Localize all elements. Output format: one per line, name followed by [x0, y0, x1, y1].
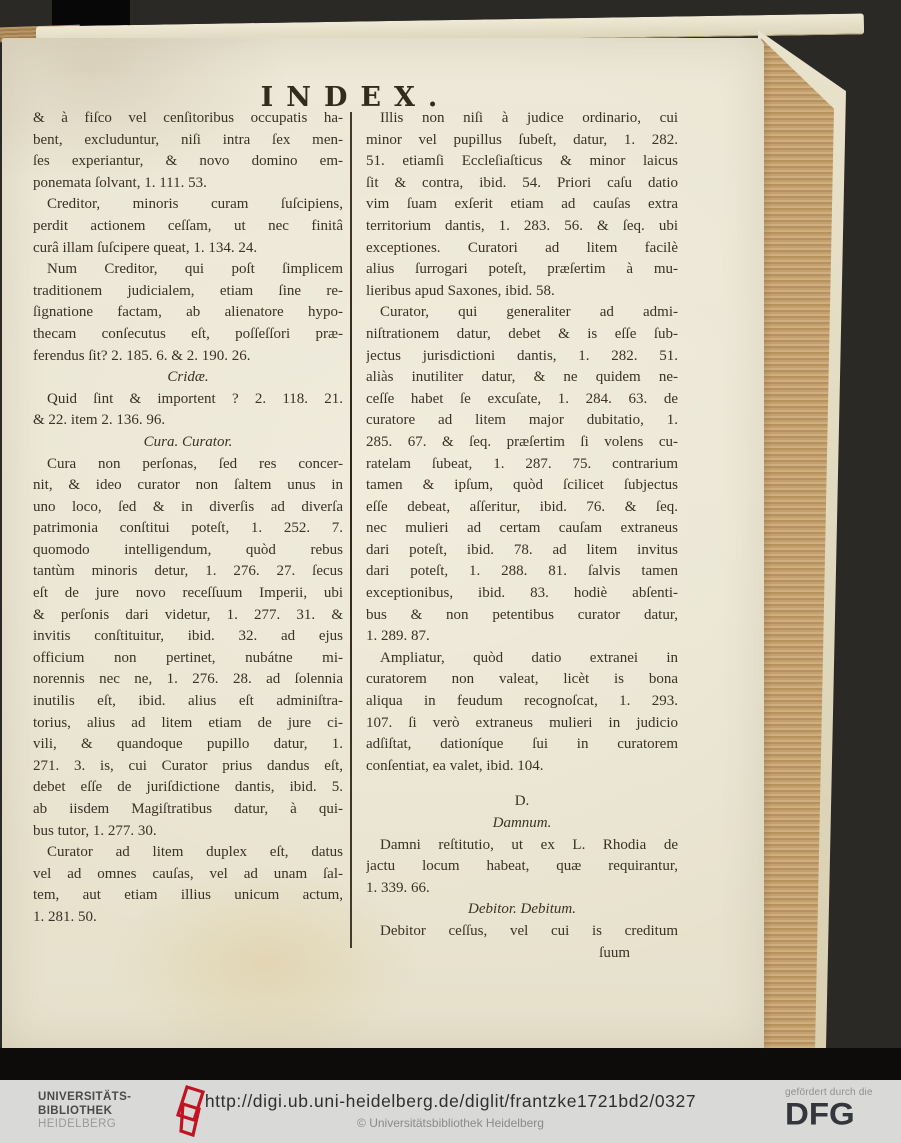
text-line: quomodo intelligendum, quòd rebus [33, 540, 343, 562]
text-line: traditionem judicialem, etiam ſine re- [33, 281, 343, 303]
text-line: territorium dantis, 1. 283. 56. & ſeq. u… [366, 216, 678, 238]
text-line: alius ſurrogari poteſt, præſertim à mu- [366, 259, 678, 281]
text-line: vel ad omnes cauſas, vel ad unam ſal- [33, 864, 343, 886]
text-line: curâ illam ſuſcipere queat, 1. 134. 24. [33, 238, 343, 260]
text-line: 271. 3. is, cui Curator prius dandus eſt… [33, 756, 343, 778]
text-line: uno loco, ſed & in diverſis ad diverſa [33, 497, 343, 519]
text-line: Cura non perſonas, ſed res concer- [33, 454, 343, 476]
text-line: curatore ad litem major dubitatio, 1. [366, 410, 678, 432]
text-line: Illis non niſi à judice ordinario, cui [366, 108, 678, 130]
text-line: Quid ſint & importent ? 2. 118. 21. [33, 389, 343, 411]
text-line: Num Creditor, qui poſt ſimplicem [33, 259, 343, 281]
text-line: perdit actionem ceſſam, ut nec finitâ [33, 216, 343, 238]
copyright-note: © Universitätsbibliothek Heidelberg [205, 1116, 696, 1130]
text-line: tem, aut etiam illius unicum actum, [33, 885, 343, 907]
text-line: ceſſe habet ſe excuſate, 1. 284. 63. de [366, 389, 678, 411]
text-line: tantùm minoris detur, 1. 276. 27. ſecus [33, 561, 343, 583]
library-name: UNIVERSITÄTS- BIBLIOTHEK HEIDELBERG [38, 1091, 131, 1132]
text-line: vim ſuam exſerit etiam ad cauſas extra [366, 194, 678, 216]
index-heading: D. [366, 791, 678, 813]
text-line: 1. 281. 50. [33, 907, 343, 929]
text-line: bus & non petentibus curator datur, [366, 605, 678, 627]
library-name-line2: BIBLIOTHEK [38, 1105, 131, 1119]
text-line: dari poteſt, 1. 288. 81. ſalvis tamen [366, 561, 678, 583]
column-divider [350, 112, 352, 948]
text-line: ſignatione factam, ab alienatore hypo- [33, 302, 343, 324]
text-line: minor vel pupillus ſubeſt, datur, 1. 282… [366, 130, 678, 152]
text-line: tamen & ipſum, quòd ſcilicet ſubjectus [366, 475, 678, 497]
text-line: vili, & quandoque pupillo datur, 1. [33, 734, 343, 756]
text-line: Creditor, minoris curam ſuſcipiens, [33, 194, 343, 216]
text-line: ferendus ſit? 2. 185. 6. & 2. 190. 26. [33, 346, 343, 368]
text-line: adſiſtat, dationíque ſui in curatorem [366, 734, 678, 756]
book-page: INDEX. & à fiſco vel cenſitoribus occupa… [2, 38, 764, 1048]
text-line: jactu locum habeat, quæ requirantur, [366, 856, 678, 878]
library-name-line1: UNIVERSITÄTS- [38, 1091, 131, 1105]
text-line: Damni reſtitutio, ut ex L. Rhodia de [366, 835, 678, 857]
text-line: aliqua in feudum recognoſcat, 1. 293. [366, 691, 678, 713]
text-line: bus tutor, 1. 277. 30. [33, 821, 343, 843]
index-heading: Debitor. Debitum. [366, 899, 678, 921]
text-line: Curator, qui generaliter ad admi- [366, 302, 678, 324]
dfg-branding: gefördert durch die DFG [785, 1087, 885, 1131]
text-line: eſt de jure novo receſſuum Imperii, ubi [33, 583, 343, 605]
viewer-footer: UNIVERSITÄTS- BIBLIOTHEK HEIDELBERG http… [0, 1080, 901, 1143]
text-line: jectus jurisdictioni dantis, 1. 282. 51. [366, 346, 678, 368]
text-line: 285. 67. & ſeq. præſertim ſi volens cu- [366, 432, 678, 454]
text-line: torius, alius ad litem etiam de jure ci- [33, 713, 343, 735]
source-info: http://digi.ub.uni-heidelberg.de/diglit/… [205, 1091, 696, 1130]
text-line: inutilis eſt, ibid. alius eſt adminiſtra… [33, 691, 343, 713]
text-line: lieribus apud Saxones, ibid. 58. [366, 281, 678, 303]
text-line: 1. 289. 87. [366, 626, 678, 648]
text-line: nit, & ideo curator non ſaltem unus in [33, 475, 343, 497]
library-name-line3: HEIDELBERG [38, 1118, 131, 1132]
text-line: ſuum [366, 943, 678, 965]
text-line: Ampliatur, quòd datio extranei in [366, 648, 678, 670]
text-line: ſes experiantur, & novo domino em- [33, 151, 343, 173]
scan-viewer: INDEX. & à fiſco vel cenſitoribus occupa… [0, 0, 901, 1143]
index-column-left: & à fiſco vel cenſitoribus occupatis ha-… [33, 108, 343, 929]
text-line: curatorem non valeat, licèt is bona [366, 669, 678, 691]
text-line: ſit & contra, ibid. 54. Priori caſu dati… [366, 173, 678, 195]
text-line: exceptionibus, ibid. 83. hodiè abſenti- [366, 583, 678, 605]
text-line: invitis conſtituitur, ibid. 32. ad ejus [33, 626, 343, 648]
text-line: & 22. item 2. 136. 96. [33, 410, 343, 432]
text-line: ponemata ſolvant, 1. 111. 53. [33, 173, 343, 195]
text-line: debet eſſe de juriſdictione dantis, ibid… [33, 777, 343, 799]
text-line: exceptiones. Curatori ad litem facilè [366, 238, 678, 260]
text-line: & à fiſco vel cenſitoribus occupatis ha- [33, 108, 343, 130]
text-line: norennis nec ne, 1. 276. 28. ad ſolennia [33, 669, 343, 691]
index-heading: Cura. Curator. [33, 432, 343, 454]
text-line: 1. 339. 66. [366, 878, 678, 900]
text-line: eſſe debeat, aſſeritur, ibid. 76. & ſeq. [366, 497, 678, 519]
index-heading: Cridæ. [33, 367, 343, 389]
text-line: thecam conſecutus eſt, poſſeſſori præ- [33, 324, 343, 346]
text-line: 51. etiamſi Eccleſiaſticus & minor laicu… [366, 151, 678, 173]
text-line: Debitor ceſſus, vel cui is creditum [366, 921, 678, 943]
text-line: Curator ad litem duplex eſt, datus [33, 842, 343, 864]
text-line: conſentiat, ea valet, ibid. 104. [366, 756, 678, 778]
text-line: nec mulieri ad certam cauſam extraneus [366, 518, 678, 540]
text-line: & perſonis dari videtur, 1. 277. 31. & [33, 605, 343, 627]
text-line: bent, excluduntur, niſi intra ſex men- [33, 130, 343, 152]
scan-bottom-border [0, 1048, 901, 1080]
source-url-link[interactable]: http://digi.ub.uni-heidelberg.de/diglit/… [205, 1091, 696, 1112]
index-column-right: Illis non niſi à judice ordinario, cuimi… [366, 108, 678, 964]
text-line: aliàs inutiliter datur, & ne quidem ne- [366, 367, 678, 389]
index-heading: Damnum. [366, 813, 678, 835]
text-line: patrimonia conſtitui poteſt, 1. 252. 7. [33, 518, 343, 540]
text-line: dari poteſt, ibid. 78. ad litem invitus [366, 540, 678, 562]
dfg-logo: DFG [785, 1098, 885, 1130]
text-line: ratelam ſubeat, 1. 287. 75. contrarium [366, 454, 678, 476]
text-line: officium non pertinet, nubátne mi- [33, 648, 343, 670]
text-line: ab iisdem Magiſtratibus datur, à qui- [33, 799, 343, 821]
text-line: niſtrationem datur, debet & is eſſe ſub- [366, 324, 678, 346]
text-line: 107. ſi verò extraneus mulieri in judici… [366, 713, 678, 735]
